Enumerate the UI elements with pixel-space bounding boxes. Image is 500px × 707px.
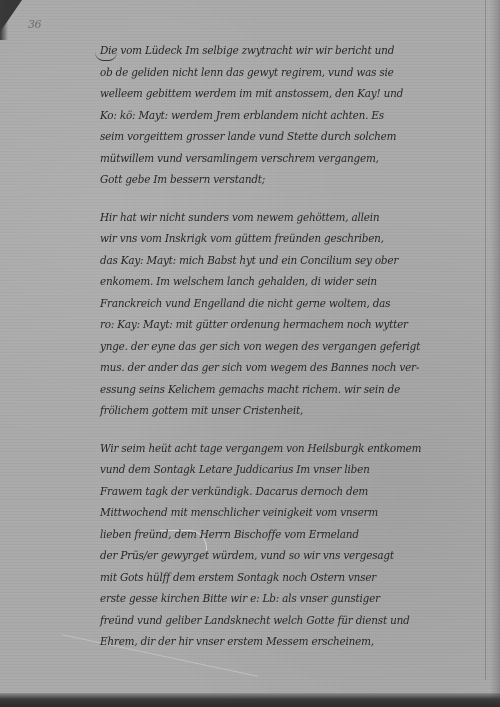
manuscript-page: 36 Die vom Lüdeck Im selbige zwytracht w… — [0, 0, 500, 707]
manuscript-line: das Kay: Mayt: mich Babst hyt und ein Co… — [100, 250, 444, 272]
manuscript-line: Frawem tagk der verkündigk. Dacarus dern… — [100, 481, 444, 503]
bottom-binding-edge — [0, 693, 500, 707]
manuscript-line: Franckreich vund Engelland die nicht ger… — [100, 293, 444, 315]
manuscript-line: wir vns vom Inskrigk vom güttem freünden… — [100, 228, 444, 250]
manuscript-line: Die vom Lüdeck Im selbige zwytracht wir … — [100, 40, 444, 62]
manuscript-line: ob de geliden nicht lenn das gewyt regir… — [100, 62, 444, 84]
left-edge-shadow — [0, 0, 8, 40]
manuscript-line: mus. der ander das ger sich vom wegem de… — [100, 357, 444, 379]
manuscript-line: frölichem gottem mit unser Cristenheit, — [100, 400, 444, 422]
manuscript-line: essung seins Kelichem gemachs macht rich… — [100, 379, 444, 401]
manuscript-line: lieben freünd, dem Herrn Bischoffe vom E… — [100, 524, 444, 546]
manuscript-line: enkomem. Im welschem lanch gehalden, di … — [100, 271, 444, 293]
manuscript-line: mit Gots hülff dem erstem Sontagk noch O… — [100, 567, 444, 589]
paragraph-1: Die vom Lüdeck Im selbige zwytracht wir … — [100, 40, 470, 191]
manuscript-line: Gott gebe Im bessern verstandt; — [100, 169, 444, 191]
manuscript-line: welleem gebittem werdem im mit anstossem… — [100, 83, 444, 105]
manuscript-line: Wir seim heüt acht tage vergangem von He… — [100, 438, 444, 460]
manuscript-line: Hir hat wir nicht sunders vom newem gehö… — [100, 207, 444, 229]
manuscript-line: erste gesse kirchen Bitte wir e: Lb: als… — [100, 588, 444, 610]
right-fold-crease — [485, 0, 486, 680]
manuscript-line: ynge. der eyne das ger sich von wegen de… — [100, 336, 444, 358]
manuscript-line: freünd vund geliber Landsknecht welch Go… — [100, 610, 444, 632]
right-page-edge — [490, 0, 500, 707]
manuscript-line: vund dem Sontagk Letare Juddicarius Im v… — [100, 459, 444, 481]
manuscript-line: ro: Kay: Mayt: mit gütter ordenung herma… — [100, 314, 444, 336]
manuscript-line: seim vorgeittem grosser lande vund Stett… — [100, 126, 444, 148]
folio-number: 36 — [28, 18, 41, 31]
paragraph-2: Hir hat wir nicht sunders vom newem gehö… — [100, 207, 470, 422]
manuscript-line: der Prüs/er gewyrget würdem, vund so wir… — [100, 545, 444, 567]
manuscript-line: Ko: kö: Mayt: werdem Jrem erblandem nich… — [100, 105, 444, 127]
manuscript-text: Die vom Lüdeck Im selbige zwytracht wir … — [100, 40, 470, 653]
paragraph-3: Wir seim heüt acht tage vergangem von He… — [100, 438, 470, 653]
manuscript-line: Mittwochend mit menschlicher veinigkeit … — [100, 502, 444, 524]
manuscript-line: Ehrem, dir der hir vnser erstem Messem e… — [100, 631, 444, 653]
manuscript-line: mütwillem vund versamlingem verschrem ve… — [100, 148, 444, 170]
